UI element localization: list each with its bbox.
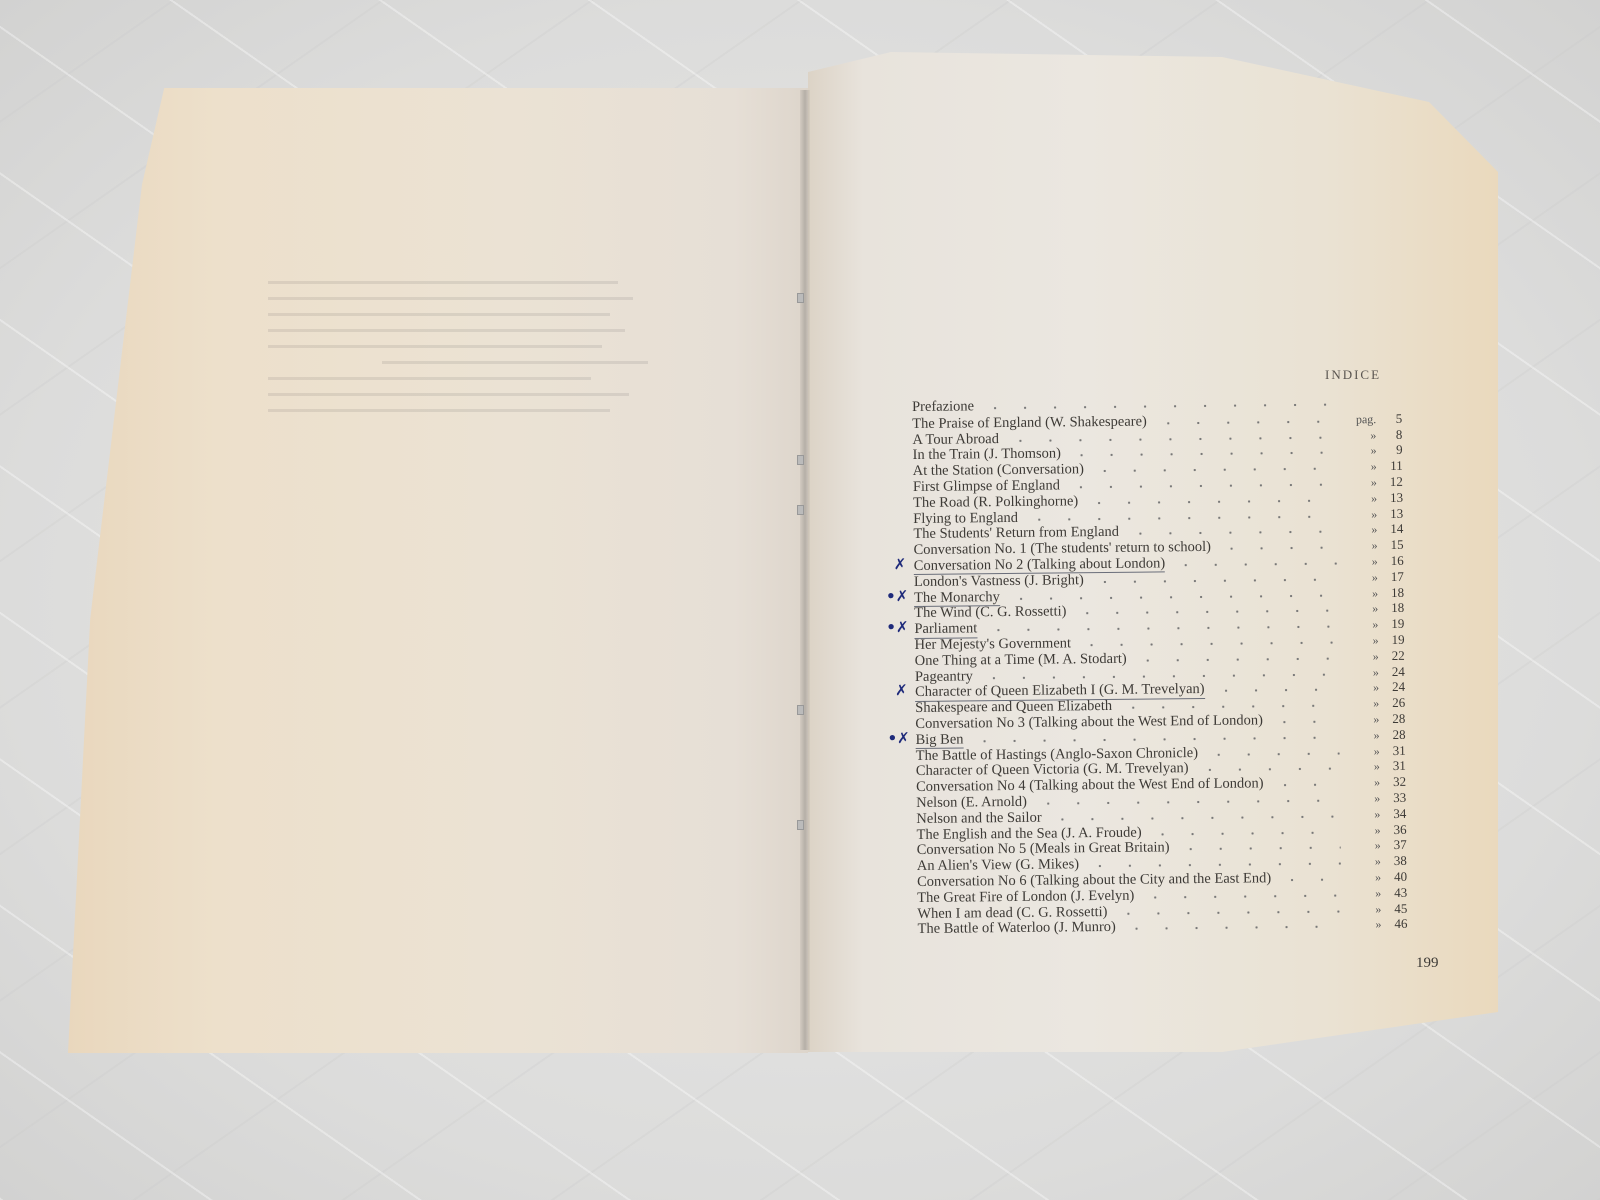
page-prefix: » [1343,538,1377,554]
page-prefix: » [1343,507,1377,523]
page-prefix: » [1343,523,1377,539]
dot-leader [1133,650,1339,662]
page-prefix: » [1344,570,1378,586]
toc-entry-page: 45 [1385,900,1407,916]
binding-staple [797,820,804,830]
page-prefix: » [1346,744,1380,760]
binding-staple [797,293,804,303]
dot-leader [1210,682,1339,693]
toc-entry-page: 31 [1384,758,1406,774]
page-prefix: » [1345,712,1379,728]
toc-entry-page: 24 [1383,679,1405,695]
toc-entry-page: 33 [1384,790,1406,806]
page-prefix: » [1346,807,1380,823]
toc-entry-page: 11 [1381,458,1403,474]
toc-entry-page: 46 [1385,916,1407,932]
toc-entry-page: 18 [1382,600,1404,616]
toc-entry-page: 31 [1384,742,1406,758]
page-prefix: » [1343,475,1377,491]
page-prefix: » [1342,428,1376,444]
dot-leader [1176,840,1341,852]
handwritten-x-mark-icon: •✗ [886,620,908,636]
toc-entry-page: 28 [1383,711,1405,727]
toc-entry-page: 13 [1381,490,1403,506]
dot-leader [1277,871,1341,882]
page-prefix: » [1344,617,1378,633]
dot-leader [1204,745,1340,756]
dot-leader [1048,808,1341,821]
book-spine [800,90,810,1050]
toc-entry-title: Prefazione [912,399,974,415]
toc-entry-page: 16 [1382,553,1404,569]
dot-leader [983,619,1338,633]
dot-leader [969,729,1339,743]
page-prefix: » [1345,696,1379,712]
dot-leader [980,397,1336,411]
page-number: 199 [1416,955,1439,972]
dot-leader [1171,556,1338,568]
dot-leader [1217,540,1338,551]
binding-staple [797,705,804,715]
page-prefix: » [1343,491,1377,507]
show-through-text [268,268,648,448]
page-prefix: » [1346,759,1380,775]
handwritten-x-mark-icon: •✗ [886,589,908,605]
page-prefix: » [1345,728,1379,744]
dot-leader [979,666,1339,680]
page-prefix: » [1347,917,1381,933]
dot-leader [1148,824,1341,836]
dot-leader [1067,445,1337,458]
toc-entry-page: 5 [1380,411,1402,427]
page-prefix: » [1347,838,1381,854]
dot-leader [1194,761,1339,773]
toc-entry-page: 15 [1381,537,1403,553]
dot-leader [1269,713,1340,724]
page-prefix: » [1347,870,1381,886]
page-prefix: » [1347,886,1381,902]
toc-entry-page: 13 [1381,505,1403,521]
toc-entry-page: 19 [1382,616,1404,632]
page-prefix: » [1343,459,1377,475]
dot-leader [1024,508,1337,521]
dot-leader [1122,919,1342,931]
page-prefix: » [1344,601,1378,617]
dot-leader [1072,603,1338,616]
handwritten-x-mark-icon: •✗ [887,731,909,747]
handwritten-x-mark-icon: ✗ [895,683,908,699]
toc-entry-title: The Battle of Waterloo (J. Munro) [917,920,1115,938]
dot-leader [1125,524,1338,536]
page-prefix: » [1344,633,1378,649]
page-prefix: » [1345,649,1379,665]
toc-entry-page: 34 [1384,806,1406,822]
dot-leader [1140,887,1341,899]
toc-entry-page: 14 [1381,521,1403,537]
toc-entry-page: 38 [1385,853,1407,869]
toc-entry-page: 24 [1383,663,1405,679]
toc-entry-page: 17 [1382,569,1404,585]
dot-leader [1153,413,1336,425]
toc-entry-page: 32 [1384,774,1406,790]
toc-entry-page: 43 [1385,885,1407,901]
binding-staple [797,505,804,515]
toc-entry-page: 9 [1380,442,1402,458]
page-prefix: » [1346,791,1380,807]
dot-leader [1113,903,1341,915]
toc-entry-page: 12 [1381,474,1403,490]
table-of-contents: PrefazioneThe Praise of England (W. Shak… [912,395,1408,937]
page-prefix: » [1345,680,1379,696]
toc-entry-page: 19 [1382,632,1404,648]
page-prefix: » [1342,444,1376,460]
toc-entry-page: 37 [1385,837,1407,853]
binding-staple [797,455,804,465]
dot-leader [1005,429,1337,442]
toc-heading: INDICE [1325,367,1381,383]
toc-entry-page: 18 [1382,584,1404,600]
page-prefix: » [1347,854,1381,870]
dot-leader [1090,461,1337,474]
toc-entry-page: 28 [1383,727,1405,743]
dot-leader [1118,698,1339,710]
page-prefix: » [1346,775,1380,791]
toc-entry-page: 40 [1385,869,1407,885]
dot-leader [1033,792,1340,805]
toc-entry-page: 8 [1380,426,1402,442]
dot-leader [1090,571,1338,584]
dot-leader [1066,477,1337,490]
dot-leader [1084,492,1337,505]
toc-entry-title: Pageantry [915,669,973,685]
left-page [68,88,808,1053]
dot-leader [1006,587,1338,600]
page-prefix: » [1344,586,1378,602]
toc-entry-page: 26 [1383,695,1405,711]
toc-entry-page: 22 [1383,648,1405,664]
toc-entry-page: 36 [1384,821,1406,837]
handwritten-x-mark-icon: ✗ [894,557,907,573]
dot-leader [1269,777,1340,788]
page-prefix: » [1346,823,1380,839]
dot-leader [1077,635,1339,648]
page-prefix: » [1347,902,1381,918]
dot-leader [1085,856,1341,869]
page-prefix: pag. [1342,412,1376,428]
page-prefix: » [1344,554,1378,570]
page-prefix: » [1345,665,1379,681]
